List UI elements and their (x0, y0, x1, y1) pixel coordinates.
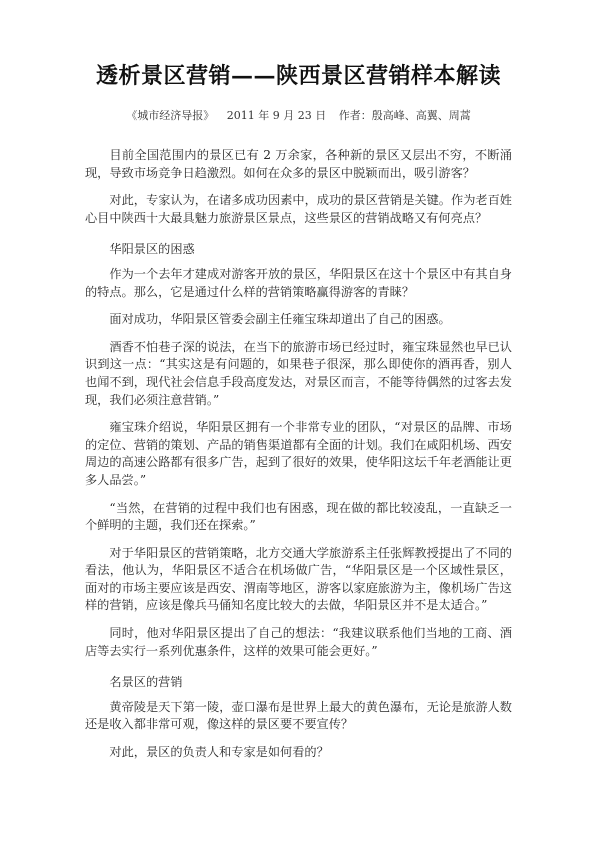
paragraph: 面对成功，华阳景区管委会副主任雍宝珠却道出了自己的困惑。 (85, 311, 512, 329)
paragraph: 目前全国范围内的景区已有 2 万余家，各种新的景区又层出不穷，不断涌现，导致市场… (85, 147, 512, 182)
paragraph: 酒香不怕巷子深的说法，在当下的旅游市场已经过时，雍宝珠显然也早已认识到这一点：“… (85, 339, 512, 409)
article-body: 目前全国范围内的景区已有 2 万余家，各种新的景区又层出不穷，不断涌现，导致市场… (85, 147, 512, 762)
paragraph: “当然，在营销的过程中我们也有困惑，现在做的都比较凌乱，一直缺乏一个鲜明的主题，… (85, 500, 512, 535)
document-page: 透析景区营销——陕西景区营销样本解读 《城市经济导报》 2011 年 9 月 2… (0, 0, 595, 842)
section-heading: 华阳景区的困惑 (85, 241, 512, 259)
paragraph: 对于华阳景区的营销策略，北方交通大学旅游系主任张辉教授提出了不同的看法，他认为，… (85, 545, 512, 615)
page-content-area: 透析景区营销——陕西景区营销样本解读 《城市经济导报》 2011 年 9 月 2… (0, 0, 595, 762)
paragraph: 同时，他对华阳景区提出了自己的想法：“我建议联系他们当地的工商、酒店等去实行一系… (85, 625, 512, 660)
paragraph: 对此，专家认为，在诸多成功因素中，成功的景区营销是关键。作为老百姓心目中陕西十大… (85, 192, 512, 227)
paragraph: 黄帝陵是天下第一陵，壶口瀑布是世界上最大的黄色瀑布，无论是旅游人数还是收入都非常… (85, 699, 512, 734)
paragraph: 作为一个去年才建成对游客开放的景区，华阳景区在这十个景区中有其自身的特点。那么，… (85, 266, 512, 301)
article-byline: 《城市经济导报》 2011 年 9 月 23 日 作者：殷高峰、高翼、周蒿 (85, 108, 512, 124)
paragraph: 雍宝珠介绍说，华阳景区拥有一个非常专业的团队，“对景区的品牌、市场的定位、营销的… (85, 419, 512, 489)
byline-source: 《城市经济导报》 (126, 109, 214, 122)
article-title: 透析景区营销——陕西景区营销样本解读 (85, 60, 512, 92)
byline-date: 2011 年 9 月 23 日 (227, 109, 326, 122)
byline-author: 作者：殷高峰、高翼、周蒿 (339, 109, 471, 122)
paragraph: 对此，景区的负责人和专家是如何看的？ (85, 744, 512, 762)
section-heading: 名景区的营销 (85, 674, 512, 692)
